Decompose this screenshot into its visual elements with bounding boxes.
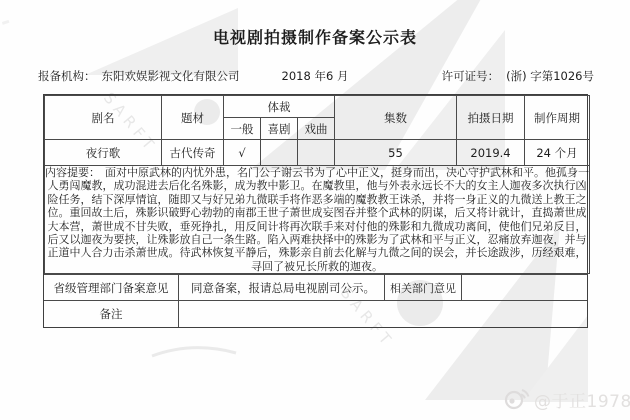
license-number: 许可证号：(浙) 字第1026号 <box>442 68 594 84</box>
cell-cycle: 24 个月 <box>525 140 590 166</box>
cell-genre-general-check: √ <box>224 140 261 166</box>
cell-shoot-date: 2019.4 <box>457 140 525 166</box>
license-value: (浙) 字第1026号 <box>506 69 594 83</box>
remark-row: 备注 <box>44 300 587 327</box>
provincial-opinion-value: 同意备案，报请总局电视剧司公示。 <box>179 275 385 300</box>
header-episodes: 集数 <box>335 96 457 140</box>
provincial-opinion-label: 省级管理部门备案意见 <box>44 275 179 300</box>
table-row: 夜行歌 古代传奇 √ 55 2019.4 24 个月 <box>45 140 590 166</box>
header-shoot-date: 拍摄日期 <box>457 96 525 140</box>
content-summary-cell: 内容提要：面对中原武林的内忧外患，名门公子谢云书为了心中正义，挺身而出，决心守护… <box>45 166 590 274</box>
opinion-row: 省级管理部门备案意见 同意备案，报请总局电视剧司公示。 相关部门意见 <box>44 274 587 300</box>
header-genre-comedy: 喜剧 <box>261 118 298 140</box>
meta-row: 报备机构：东阳欢娱影视文化有限公司 2018 年6 月 许可证号：(浙) 字第1… <box>0 68 630 84</box>
cell-genre-opera-check <box>298 140 335 166</box>
content-summary-text: 面对中原武林的内忧外患，名门公子谢云书为了心中正义，挺身而出，决心守护武林和平。… <box>48 166 590 273</box>
header-drama-name: 剧名 <box>45 96 162 140</box>
related-opinion-value <box>462 275 587 300</box>
header-cycle: 制作周期 <box>525 96 590 140</box>
cell-genre-comedy-check <box>261 140 298 166</box>
weibo-handle-text: @于正1978 <box>534 392 630 412</box>
license-label: 许可证号： <box>442 69 500 83</box>
content-summary-label: 内容提要： <box>45 166 100 179</box>
header-genre-general: 一般 <box>224 118 261 140</box>
remark-label: 备注 <box>44 301 179 327</box>
header-genre-opera: 戏曲 <box>298 118 335 140</box>
document-page: SARFT SARFT @于正1978 电视剧拍摄制作备案公示表 报备机构：东阳… <box>0 0 630 420</box>
related-opinion-label: 相关部门意见 <box>385 275 462 300</box>
cell-episodes: 55 <box>335 140 457 166</box>
cell-subject: 古代传奇 <box>162 140 224 166</box>
record-form-table: 剧名 题材 体裁 集数 拍摄日期 制作周期 一般 喜剧 戏曲 夜行歌 古代传奇 … <box>43 94 588 328</box>
remark-value <box>179 301 587 327</box>
corner-mark <box>2 20 10 25</box>
header-subject: 题材 <box>162 96 224 140</box>
cell-drama-name: 夜行歌 <box>45 140 162 166</box>
page-title: 电视剧拍摄制作备案公示表 <box>0 27 630 48</box>
header-genre: 体裁 <box>224 96 335 118</box>
swoosh-mark <box>152 348 236 356</box>
